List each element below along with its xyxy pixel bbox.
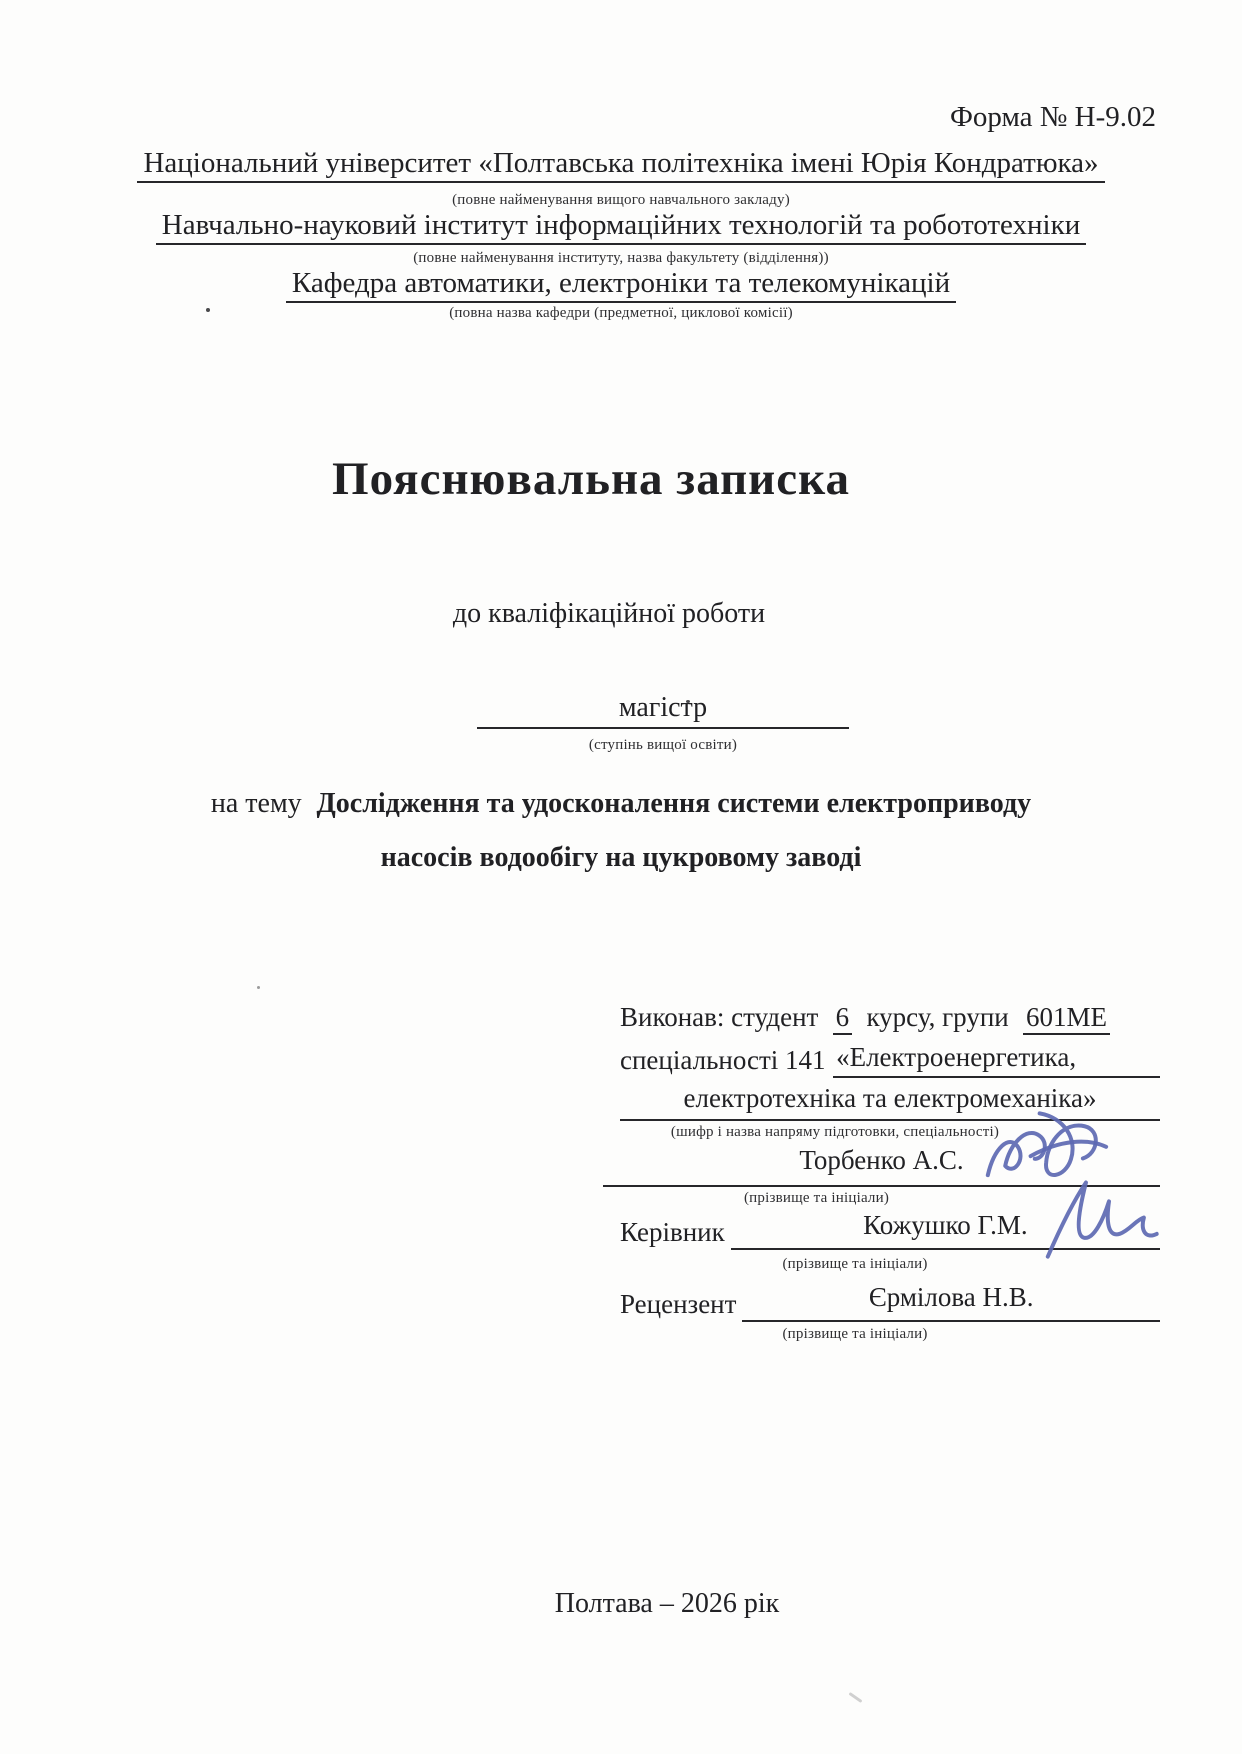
blank-rule (1079, 1076, 1160, 1078)
student-name: Торбенко А.С. (799, 1145, 963, 1175)
degree-field: магістр (477, 692, 849, 729)
student-name-field: Торбенко А.С. (603, 1143, 1160, 1187)
page-title: Пояснювальна записка (0, 452, 1212, 506)
reviewer-label: Рецензент (620, 1287, 736, 1322)
topic-line-2: насосів водообігу на цукровому заводі (0, 840, 1242, 875)
supervisor-field: Керівник Кожушко Г.М. (620, 1208, 1160, 1250)
scanned-thesis-title-page: Форма № Н-9.02 Національний університет … (0, 0, 1242, 1754)
form-number: Форма № Н-9.02 (950, 101, 1156, 134)
specialty-caption: (шифр і назва напряму підготовки, спеціа… (565, 1124, 1105, 1141)
scan-speck (206, 308, 210, 312)
scan-speck (686, 700, 690, 703)
subtitle: до кваліфікаційної роботи (0, 596, 1230, 631)
reviewer-name: Єрмілова Н.В. (869, 1282, 1034, 1312)
institute-name: Навчально-науковий інститут інформаційни… (0, 209, 1242, 242)
supervisor-name-line: Кожушко Г.М. (731, 1208, 1160, 1250)
reviewer-field: Рецензент Єрмілова Н.В. (620, 1280, 1160, 1322)
specialty-line-1: спеціальності 141 «Електроенергетика, (620, 1040, 1160, 1078)
city-year-footer: Полтава – 2026 рік (46, 1586, 1242, 1621)
supervisor-label: Керівник (620, 1215, 725, 1250)
department-name: Кафедра автоматики, електроніки та телек… (0, 267, 1242, 300)
reviewer-name-line: Єрмілова Н.В. (742, 1280, 1160, 1322)
scan-speck (848, 1692, 862, 1703)
topic-line-1: на тему Дослідження та удосконалення сис… (0, 786, 1242, 821)
supervisor-caption: (прізвище та ініціали) (585, 1256, 1125, 1273)
group-number: 601МЕ (1023, 1002, 1110, 1035)
institute-caption: (повне найменування інституту, назва фак… (0, 250, 1242, 267)
student-name-caption: (прізвище та ініціали) (538, 1190, 1095, 1207)
university-caption: (повне найменування вищого навчального з… (0, 192, 1242, 209)
course-number: 6 (833, 1002, 853, 1035)
topic-prefix: на тему (211, 788, 302, 819)
specialty-line-2: електротехніка та електромеханіка» (620, 1081, 1160, 1121)
department-caption: (повна назва кафедри (предметної, циклов… (0, 305, 1242, 322)
scan-speck (257, 986, 260, 989)
performer-line: Виконав: студент 6 курсу, групи 601МЕ (620, 1000, 1110, 1035)
university-name: Національний університет «Полтавська пол… (0, 147, 1242, 180)
degree-caption: (ступінь вищої освіти) (477, 737, 849, 754)
topic-text-1: Дослідження та удосконалення системи еле… (317, 788, 1032, 819)
reviewer-caption: (прізвище та ініціали) (585, 1326, 1125, 1343)
supervisor-name: Кожушко Г.М. (863, 1210, 1028, 1240)
